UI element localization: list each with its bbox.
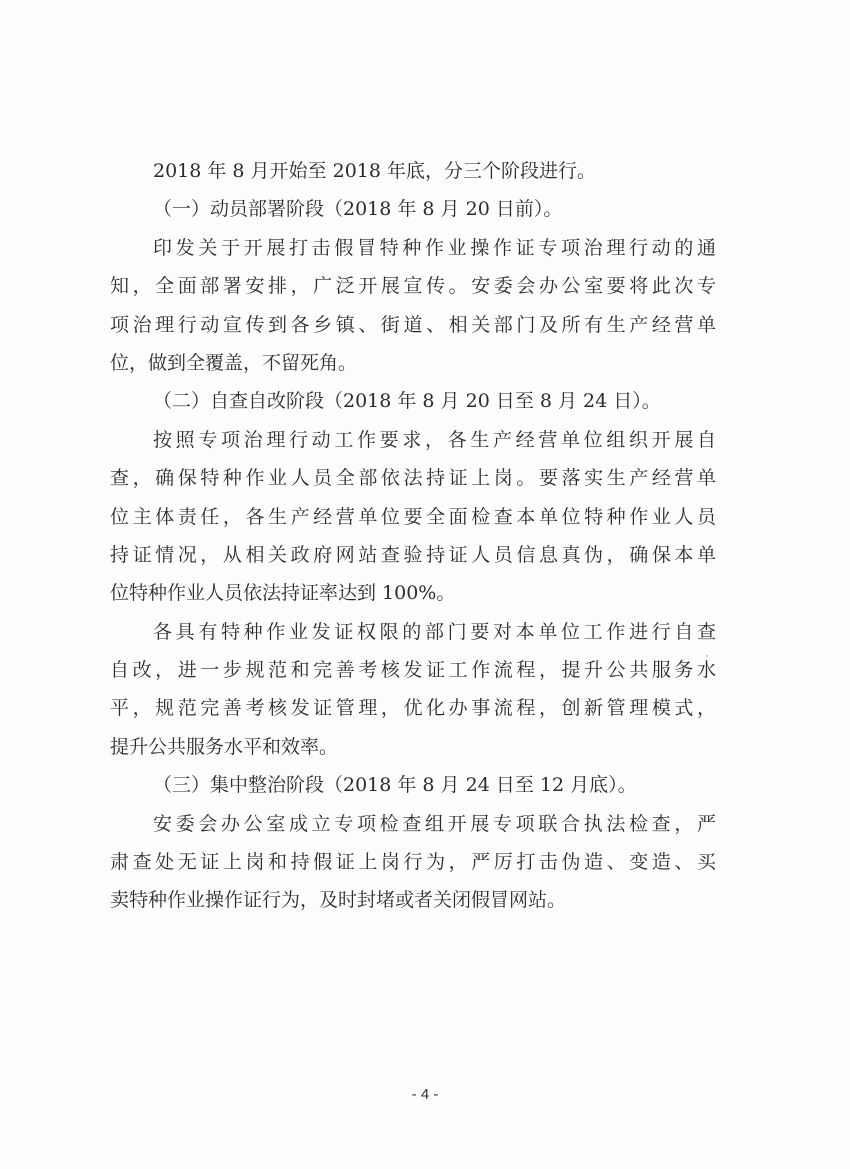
paragraph-line: 知，全面部署安排，广泛开展宣传。安委会办公室要将此次专 [110, 267, 716, 305]
page-number: - 4 - [0, 1086, 850, 1103]
document-body: 2018 年 8 月开始至 2018 年底，分三个阶段进行。 （一）动员部署阶段… [110, 152, 716, 920]
section-heading-2: （二）自查自改阶段（2018 年 8 月 20 日至 8 月 24 日）。 [110, 382, 716, 420]
paragraph-line: 肃查处无证上岗和持假证上岗行为，严厉打击伪造、变造、买 [110, 843, 716, 881]
intro-line: 2018 年 8 月开始至 2018 年底，分三个阶段进行。 [110, 152, 716, 190]
paragraph-line: 各具有特种作业发证权限的部门要对本单位工作进行自查 [110, 613, 716, 651]
paragraph-line: 项治理行动宣传到各乡镇、街道、相关部门及所有生产经营单 [110, 306, 716, 344]
scan-speck [706, 655, 708, 657]
paragraph-line: 印发关于开展打击假冒特种作业操作证专项治理行动的通 [110, 229, 716, 267]
paragraph-line: 位特种作业人员依法持证率达到 100%。 [110, 574, 716, 612]
paragraph-line: 安委会办公室成立专项检查组开展专项联合执法检查，严 [110, 805, 716, 843]
paragraph-line: 持证情况，从相关政府网站查验持证人员信息真伪，确保本单 [110, 536, 716, 574]
paragraph-line: 平，规范完善考核发证管理，优化办事流程，创新管理模式， [110, 689, 716, 727]
paragraph-line: 自改，进一步规范和完善考核发证工作流程，提升公共服务水 [110, 651, 716, 689]
paragraph-line: 卖特种作业操作证行为，及时封堵或者关闭假冒网站。 [110, 881, 716, 919]
section-heading-3: （三）集中整治阶段（2018 年 8 月 24 日至 12 月底）。 [110, 766, 716, 804]
paragraph-line: 查，确保特种作业人员全部依法持证上岗。要落实生产经营单 [110, 459, 716, 497]
paragraph-line: 位主体责任，各生产经营单位要全面检查本单位特种作业人员 [110, 498, 716, 536]
paragraph-line: 位，做到全覆盖，不留死角。 [110, 344, 716, 382]
section-heading-1: （一）动员部署阶段（2018 年 8 月 20 日前）。 [110, 190, 716, 228]
paragraph-line: 按照专项治理行动工作要求，各生产经营单位组织开展自 [110, 421, 716, 459]
paragraph-line: 提升公共服务水平和效率。 [110, 728, 716, 766]
